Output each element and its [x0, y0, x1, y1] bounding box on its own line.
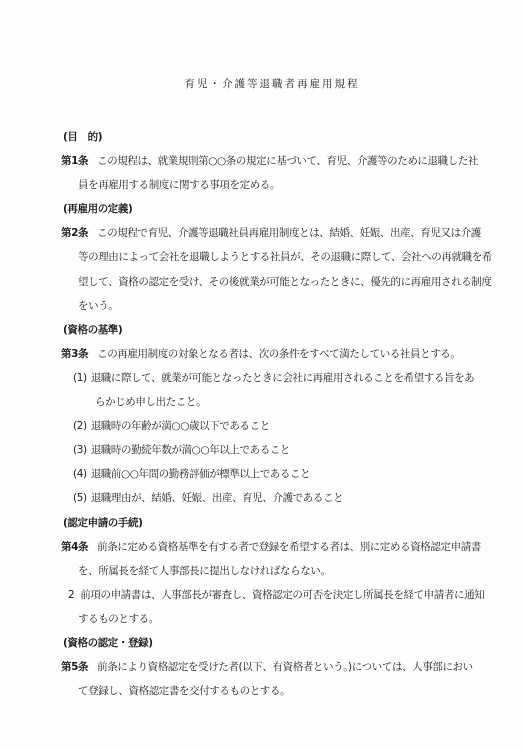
section-heading-definition: (再雇用の定義)	[61, 197, 511, 221]
condition-item-2: (2)退職時の年齢が満○○歳以下であること	[61, 414, 511, 438]
article-number: 第5条	[61, 661, 88, 673]
article-2-line-1: 第2条この規程で育児、介護等退職社員再雇用制度とは、結婚、妊娠、出産、育児又は介…	[61, 221, 511, 245]
article-3-line-1: 第3条この再雇用制度の対象となる者は、次の条件をすべて満たしている社員とする。	[61, 342, 511, 366]
article-text: この規程で育児、介護等退職社員再雇用制度とは、結婚、妊娠、出産、育児又は介護	[97, 227, 481, 239]
heading-text: (再雇用の定義)	[63, 203, 132, 215]
section-heading-criteria: (資格の基準)	[61, 318, 511, 342]
article-5-line-1: 第5条前条により資格認定を受けた者(以下、有資格者という。)については、人事部に…	[61, 655, 511, 679]
article-text: するものとする。	[78, 613, 159, 625]
condition-item-3: (3)退職時の勤続年数が満○○年以上であること	[61, 438, 511, 462]
article-2-line-2: 等の理由によって会社を退職しようとする社員が、その退職に際して、会社への再就職を…	[61, 245, 511, 269]
section-heading-application: (認定申請の手続)	[61, 511, 511, 535]
heading-text: (認定申請の手続)	[63, 517, 143, 529]
item-number: (3)	[73, 444, 87, 456]
item-number: (4)	[73, 468, 87, 480]
article-text: 員を再雇用する制度に関する事項を定める。	[78, 179, 280, 191]
article-4-line-2: を、所属長を経て人事部長に提出しなければならない。	[61, 559, 511, 583]
document-title: 育児・介護等退職者再雇用規程	[61, 72, 483, 96]
article-text: 前条に定める資格基準を有する者で登録を希望する者は、別に定める資格認定申請書	[97, 541, 481, 553]
article-1-line-1: 第1条この規程は、就業規則第○○条の規定に基づいて、育児、介護等のために退職した…	[61, 149, 511, 173]
article-text: をいう。	[78, 300, 118, 312]
article-text: 望して、資格の認定を受け、その後就業が可能となったときに、優先的に再雇用される制…	[78, 276, 491, 288]
condition-item-4: (4)退職前○○年間の勤務評価が標準以上であること	[61, 462, 511, 486]
paragraph-number: 2	[68, 589, 74, 601]
article-text: この再雇用制度の対象となる者は、次の条件をすべて満たしている社員とする。	[97, 348, 460, 360]
article-4-line-1: 第4条前条に定める資格基準を有する者で登録を希望する者は、別に定める資格認定申請…	[61, 535, 511, 559]
condition-item-5: (5)退職理由が、結婚、妊娠、出産、育児、介護であること	[61, 486, 511, 510]
article-number: 第1条	[61, 155, 88, 167]
document-page: 育児・介護等退職者再雇用規程 (目 的) 第1条この規程は、就業規則第○○条の規…	[0, 0, 524, 750]
item-number: (2)	[73, 420, 87, 432]
heading-text: (資格の認定・登録)	[63, 637, 153, 649]
article-text: この規程は、就業規則第○○条の規定に基づいて、育児、介護等のために退職した社	[97, 155, 478, 167]
article-2-line-4: をいう。	[61, 294, 511, 318]
article-5-line-2: て登録し、資格認定書を交付するものとする。	[61, 679, 511, 703]
article-text: て登録し、資格認定書を交付するものとする。	[78, 685, 290, 697]
article-4-paragraph-2-line-1: 2前項の申請書は、人事部長が審査し、資格認定の可否を決定し所属長を経て申請者に通…	[61, 583, 511, 607]
document-body: (目 的) 第1条この規程は、就業規則第○○条の規定に基づいて、育児、介護等のた…	[61, 125, 511, 703]
section-heading-purpose: (目 的)	[61, 125, 511, 149]
heading-text: (目 的)	[63, 131, 102, 143]
heading-text: (資格の基準)	[63, 324, 122, 336]
article-number: 第4条	[61, 541, 88, 553]
article-number: 第2条	[61, 227, 88, 239]
item-text: 退職時の年齢が満○○歳以下であること	[91, 420, 270, 432]
section-heading-registration: (資格の認定・登録)	[61, 631, 511, 655]
condition-item-1-line-2: らかじめ申し出たこと。	[61, 390, 511, 414]
item-text: らかじめ申し出たこと。	[95, 396, 206, 408]
item-text: 退職に際して、就業が可能となったときに会社に再雇用されることを希望する旨をあ	[91, 372, 475, 384]
condition-item-1-line-1: (1)退職に際して、就業が可能となったときに会社に再雇用されることを希望する旨を…	[61, 366, 511, 390]
item-text: 退職前○○年間の勤務評価が標準以上であること	[91, 468, 311, 480]
article-2-line-3: 望して、資格の認定を受け、その後就業が可能となったときに、優先的に再雇用される制…	[61, 270, 511, 294]
article-text: 前条により資格認定を受けた者(以下、有資格者という。)については、人事部におい	[97, 661, 473, 673]
item-number: (5)	[73, 492, 87, 504]
article-text: を、所属長を経て人事部長に提出しなければならない。	[78, 565, 331, 577]
article-text: 等の理由によって会社を退職しようとする社員が、その退職に際して、会社への再就職を…	[78, 251, 492, 263]
item-text: 退職理由が、結婚、妊娠、出産、育児、介護であること	[91, 492, 344, 504]
article-1-line-2: 員を再雇用する制度に関する事項を定める。	[61, 173, 511, 197]
article-text: 前項の申請書は、人事部長が審査し、資格認定の可否を決定し所属長を経て申請者に通知	[80, 589, 484, 601]
item-number: (1)	[73, 372, 87, 384]
item-text: 退職時の勤続年数が満○○年以上であること	[91, 444, 290, 456]
article-number: 第3条	[61, 348, 88, 360]
article-4-paragraph-2-line-2: するものとする。	[61, 607, 511, 631]
